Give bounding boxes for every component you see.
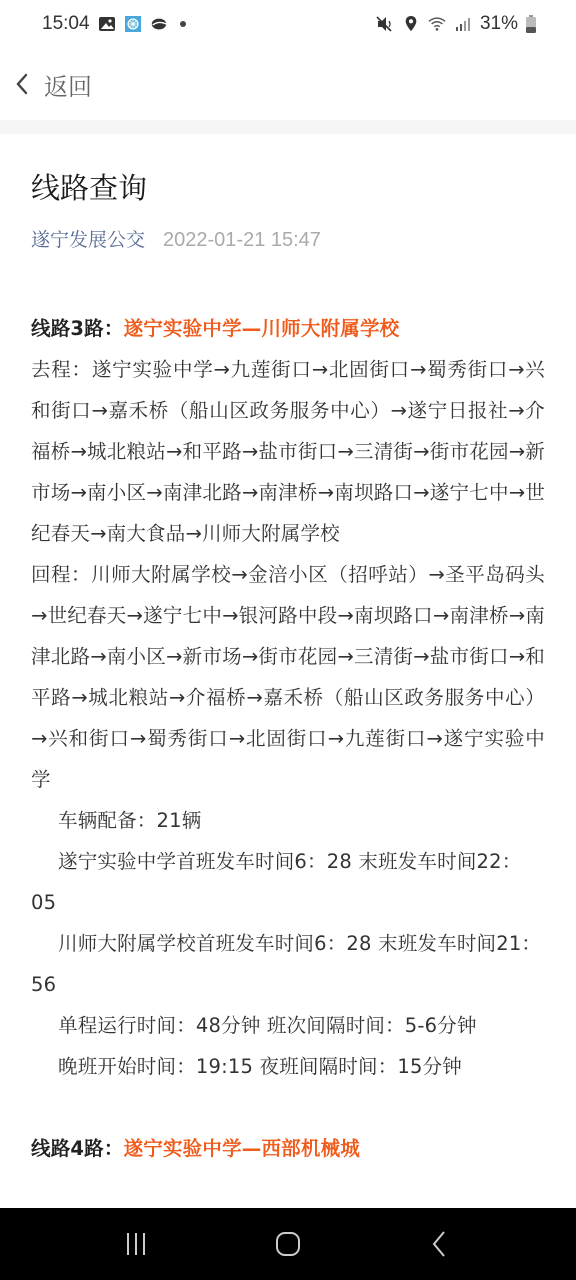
source-link[interactable]: 遂宁发展公交 (31, 226, 145, 254)
back-button[interactable]: 返回 (12, 67, 92, 102)
top-bar: 返回 (0, 48, 576, 120)
home-icon (274, 1230, 302, 1258)
back-icon (430, 1230, 450, 1258)
article-content: 线路3路：遂宁实验中学—川师大附属学校 去程：遂宁实验中学→九莲街口→北固街口→… (31, 308, 545, 1169)
status-bar: 15:04 31% (0, 0, 576, 48)
divider (0, 120, 576, 134)
schedule-b: 川师大附属学校首班发车时间6：28 末班发车时间21：56 (31, 923, 545, 1005)
mute-icon (376, 16, 394, 32)
clock: 15:04 (42, 13, 90, 35)
signal-icon (454, 16, 472, 32)
inbound-stops: 回程：川师大附属学校→金涪小区（招呼站）→圣平岛码头→世纪春天→遂宁七中→银河路… (31, 554, 545, 800)
route-name: 遂宁实验中学—西部机械城 (124, 1137, 360, 1160)
back-label: 返回 (44, 67, 92, 102)
schedule-a: 遂宁实验中学首班发车时间6：28 末班发车时间22：05 (31, 841, 545, 923)
gallery-icon (98, 16, 116, 32)
publish-time: 2022-01-21 15:47 (163, 226, 321, 254)
battery-percent: 31% (480, 13, 518, 35)
recent-apps-button[interactable] (106, 1219, 166, 1269)
system-nav-bar (0, 1208, 576, 1280)
location-icon (402, 16, 420, 32)
route-label: 线路4路： (31, 1137, 124, 1160)
run-time: 单程运行时间：48分钟 班次间隔时间：5-6分钟 (31, 1005, 545, 1046)
dot-icon (180, 21, 186, 27)
route-name: 遂宁实验中学—川师大附属学校 (124, 317, 400, 340)
cloud-icon (150, 16, 168, 32)
route-heading: 线路3路：遂宁实验中学—川师大附属学校 (31, 308, 545, 349)
app-icon (124, 16, 142, 32)
outbound-stops: 去程：遂宁实验中学→九莲街口→北固街口→蜀秀街口→兴和街口→嘉禾桥（船山区政务服… (31, 349, 545, 554)
route-heading: 线路4路：遂宁实验中学—西部机械城 (31, 1128, 545, 1169)
nav-back-button[interactable] (410, 1219, 470, 1269)
vehicle-count: 车辆配备：21辆 (31, 800, 545, 841)
chevron-left-icon (12, 71, 34, 97)
article: 线路查询 遂宁发展公交 2022-01-21 15:47 线路3路：遂宁实验中学… (0, 134, 576, 1169)
recent-apps-icon (123, 1231, 149, 1257)
home-button[interactable] (258, 1219, 318, 1269)
page-title: 线路查询 (31, 168, 545, 208)
night-schedule: 晚班开始时间：19:15 夜班间隔时间：15分钟 (31, 1046, 545, 1087)
wifi-icon (428, 16, 446, 32)
battery-icon (526, 15, 536, 33)
article-meta: 遂宁发展公交 2022-01-21 15:47 (31, 226, 545, 254)
route-label: 线路3路： (31, 317, 124, 340)
